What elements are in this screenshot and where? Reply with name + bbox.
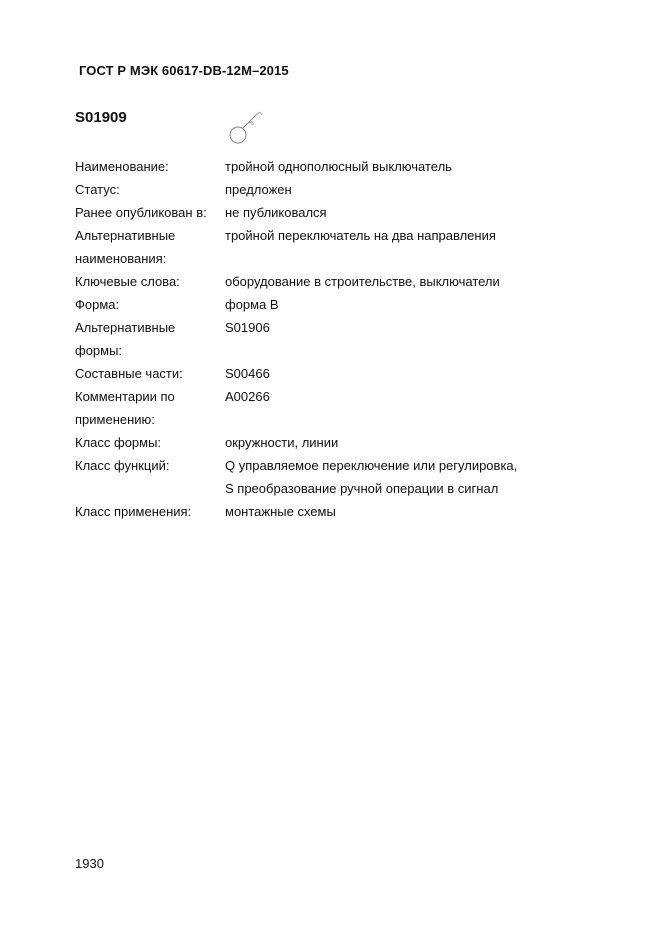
properties-table: Наименование: тройной однополюсный выклю… <box>75 155 575 523</box>
property-value: предложен <box>225 178 575 201</box>
svg-text:3: 3 <box>251 121 254 127</box>
property-label-cont: наименования: <box>75 247 225 270</box>
property-value: окружности, линии <box>225 431 575 454</box>
property-label: Альтернативные <box>75 316 225 339</box>
property-row-previously-published: Ранее опубликован в: не публиковался <box>75 201 575 224</box>
property-value: Q управляемое переключение или регулиров… <box>225 454 575 477</box>
property-value: тройной переключатель на два направления <box>225 224 575 247</box>
property-label: Статус: <box>75 178 225 201</box>
property-label: Комментарии по <box>75 385 225 408</box>
document-header: ГОСТ Р МЭК 60617-DB-12M–2015 <box>79 63 289 78</box>
property-row-function-class: Класс функций: Q управляемое переключени… <box>75 454 575 500</box>
property-label: Ключевые слова: <box>75 270 225 293</box>
property-row-keywords: Ключевые слова: оборудование в строитель… <box>75 270 575 293</box>
property-row-components: Составные части: S00466 <box>75 362 575 385</box>
symbol-id: S01909 <box>75 109 127 126</box>
property-row-application-class: Класс применения: монтажные схемы <box>75 500 575 523</box>
property-row-alternative-names: Альтернативные наименования: тройной пер… <box>75 224 575 270</box>
property-value: тройной однополюсный выключатель <box>225 155 575 178</box>
property-value: A00266 <box>225 385 575 408</box>
property-label: Наименование: <box>75 155 225 178</box>
switch-symbol-icon: 3 <box>222 108 270 146</box>
property-value: форма В <box>225 293 575 316</box>
property-label: Форма: <box>75 293 225 316</box>
page-number: 1930 <box>75 856 104 871</box>
property-label: Альтернативные <box>75 224 225 247</box>
property-label: Составные части: <box>75 362 225 385</box>
property-value: монтажные схемы <box>225 500 575 523</box>
property-label: Ранее опубликован в: <box>75 201 225 224</box>
property-label: Класс функций: <box>75 454 225 477</box>
property-value-cont: S преобразование ручной операции в сигна… <box>225 477 575 500</box>
property-row-form: Форма: форма В <box>75 293 575 316</box>
property-row-alternative-forms: Альтернативные формы: S01906 <box>75 316 575 362</box>
property-row-status: Статус: предложен <box>75 178 575 201</box>
property-value: S00466 <box>225 362 575 385</box>
property-row-shape-class: Класс формы: окружности, линии <box>75 431 575 454</box>
property-row-application-notes: Комментарии по применению: A00266 <box>75 385 575 431</box>
property-row-name: Наименование: тройной однополюсный выклю… <box>75 155 575 178</box>
property-value: оборудование в строительстве, выключател… <box>225 270 575 293</box>
property-value: S01906 <box>225 316 575 339</box>
property-label-cont: применению: <box>75 408 225 431</box>
property-label: Класс формы: <box>75 431 225 454</box>
property-label: Класс применения: <box>75 500 225 523</box>
property-value: не публиковался <box>225 201 575 224</box>
property-label-cont: формы: <box>75 339 225 362</box>
